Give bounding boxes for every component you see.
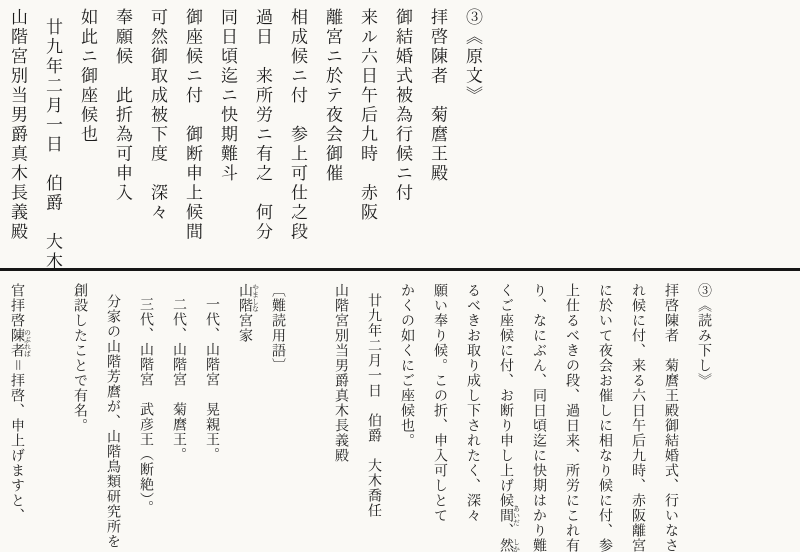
- text-column: に於いて夜会お催しに相なり候に付、参: [588, 283, 621, 552]
- furigana: のぶれば: [24, 328, 32, 358]
- text-column: くご座候に付、お断り申し上げ候間あいだ、然しか: [489, 283, 522, 552]
- text-column: 同日頃迄ニ快期難斗: [210, 8, 245, 268]
- text-column: 分家の山階芳麿が、山階鳥類研究所を: [96, 283, 129, 552]
- text-run: かくの如くにご座候也。: [399, 283, 414, 448]
- text-run: 山階宮別当男爵真木長義殿: [333, 283, 348, 463]
- ruby-annotated-word: 山階やましな: [237, 283, 252, 313]
- text-column: 二代、山階宮 菊麿王。: [162, 283, 195, 552]
- text-run: 三代、山階宮 武彦王（断絶）。: [138, 297, 153, 515]
- text-column: 山階やましな宮家: [228, 283, 261, 552]
- text-column: 山階宮別当男爵真木長義殿: [324, 283, 357, 552]
- text-run: 山階宮別当男爵真木長義殿: [8, 8, 27, 242]
- text-run: 分家の山階芳麿が、山階鳥類研究所を: [105, 294, 120, 549]
- text-run: れ候に付、来る六日午后九時、赤阪離宮: [630, 283, 645, 552]
- text-column: 上仕るべきの段、過日来、所労にこれ有: [555, 283, 588, 552]
- text-run: 宮家: [237, 313, 252, 343]
- text-run: 二代、山階宮 菊麿王。: [171, 297, 186, 462]
- text-run: くご座候に付、お断り申し上げ候: [498, 283, 513, 508]
- text-run: 如此ニ御座候也: [78, 8, 97, 145]
- text-run: るべきお取り成し下されたく、深々: [465, 283, 480, 523]
- text-run: り、なにぶん、同日頃迄に快期はかり難: [531, 283, 546, 552]
- text-column: 離宮ニ於テ夜会御催: [315, 8, 350, 268]
- text-column: 三代、山階宮 武彦王（断絶）。: [129, 283, 162, 552]
- glossed-text: 山階: [237, 283, 252, 313]
- original-header: ③《原文》: [455, 8, 490, 268]
- ruby-annotated-word: 間あいだ: [498, 508, 513, 523]
- text-column: 如此ニ御座候也: [70, 8, 105, 268]
- text-run: 奉願候 此折為可申入: [113, 8, 132, 203]
- text-run: 上仕るべきの段、過日来、所労にこれ有: [564, 283, 579, 552]
- text-column: 御座候ニ付 御断申上候間: [175, 8, 210, 268]
- reading-text-flow: ③《読み下し》拝啓陳者 菊麿王殿御結婚式、行いなされ候に付、来る六日午后九時、赤…: [0, 271, 758, 552]
- text-column: 山階宮別当男爵真木長義殿: [0, 8, 35, 268]
- text-column: 相成候ニ付 参上可仕之段: [280, 8, 315, 268]
- text-column: 願い奉り候。この折、申入可しとて: [423, 283, 456, 552]
- text-column: 廿九年二月一日 伯爵 大木喬任: [35, 8, 70, 268]
- glossary-header: 〔難読用語〕: [261, 283, 294, 552]
- text-run: 官拝啓: [9, 283, 24, 328]
- text-run: 廿九年二月一日 伯爵 大木喬任: [366, 293, 381, 518]
- text-run: 相成候ニ付 参上可仕之段: [288, 8, 307, 242]
- text-run: 来ル六日午后九時 赤阪: [358, 8, 377, 223]
- text-column: かくの如くにご座候也。: [390, 283, 423, 552]
- text-run: 拝啓陳者 菊麿王殿御結婚式、行いなさ: [663, 283, 678, 552]
- glossed-text: 陳者: [9, 328, 24, 358]
- original-text-section: ③《原文》拝啓陳者 菊麿王殿御結婚式被為行候ニ付来ル六日午后九時 赤阪離宮ニ於テ…: [0, 0, 800, 268]
- text-column: 来ル六日午后九時 赤阪: [350, 8, 385, 268]
- furigana: やましな: [252, 283, 260, 313]
- text-run: 御座候ニ付 御断申上候間: [183, 8, 202, 242]
- text-column: 廿九年二月一日 伯爵 大木喬任: [357, 283, 390, 552]
- text-run: 離宮ニ於テ夜会御催: [323, 8, 342, 184]
- text-column: るべきお取り成し下されたく、深々: [456, 283, 489, 552]
- text-column: り、なにぶん、同日頃迄に快期はかり難: [522, 283, 555, 552]
- text-run: 可然御取成被下度 深々: [148, 8, 167, 223]
- text-column: 創設したことで有名。: [63, 283, 96, 552]
- text-run: 同日頃迄ニ快期難斗: [218, 8, 237, 184]
- text-run: 過日 来所労ニ有之 何分: [253, 8, 272, 242]
- scanned-document-page: ③《原文》拝啓陳者 菊麿王殿御結婚式被為行候ニ付来ル六日午后九時 赤阪離宮ニ於テ…: [0, 0, 800, 552]
- ruby-annotated-word: 陳者のぶれば: [9, 328, 24, 358]
- text-run: 、: [498, 523, 513, 538]
- text-run: 拝啓陳者 菊麿王殿: [428, 8, 447, 184]
- original-text-flow: ③《原文》拝啓陳者 菊麿王殿御結婚式被為行候ニ付来ル六日午后九時 赤阪離宮ニ於テ…: [0, 0, 510, 268]
- text-column: 可然御取成被下度 深々: [140, 8, 175, 268]
- text-run: 廿九年二月一日 伯爵 大木喬任: [43, 18, 62, 268]
- text-column: 拝啓陳者 菊麿王殿御結婚式、行いなさ: [654, 283, 687, 552]
- text-column: 拝啓陳者 菊麿王殿: [420, 8, 455, 268]
- text-column: れ候に付、来る六日午后九時、赤阪離宮: [621, 283, 654, 552]
- text-column: 奉願候 此折為可申入: [105, 8, 140, 268]
- text-column: 官拝啓陳者のぶれば＝拝啓、申上げますと、: [0, 283, 33, 552]
- text-column: 御結婚式被為行候ニ付: [385, 8, 420, 268]
- text-run: 一代、山階宮 晃親王。: [204, 297, 219, 462]
- furigana: あいだ: [513, 505, 521, 526]
- text-run: 御結婚式被為行候ニ付: [393, 8, 412, 203]
- reading-and-glossary-section: ③《読み下し》拝啓陳者 菊麿王殿御結婚式、行いなされ候に付、来る六日午后九時、赤…: [0, 271, 800, 552]
- text-column: 過日 来所労ニ有之 何分: [245, 8, 280, 268]
- text-run: ＝拝啓、申上げますと、: [9, 358, 24, 523]
- text-run: に於いて夜会お催しに相なり候に付、参: [597, 283, 612, 552]
- text-run: 願い奉り候。この折、申入可しとて: [432, 283, 447, 523]
- text-column: 一代、山階宮 晃親王。: [195, 283, 228, 552]
- ruby-annotated-word: 然しか: [498, 538, 513, 552]
- reading-header: ③《読み下し》: [687, 283, 720, 552]
- glossed-text: 然: [498, 538, 513, 552]
- text-run: 創設したことで有名。: [72, 283, 87, 433]
- furigana: しか: [513, 538, 521, 552]
